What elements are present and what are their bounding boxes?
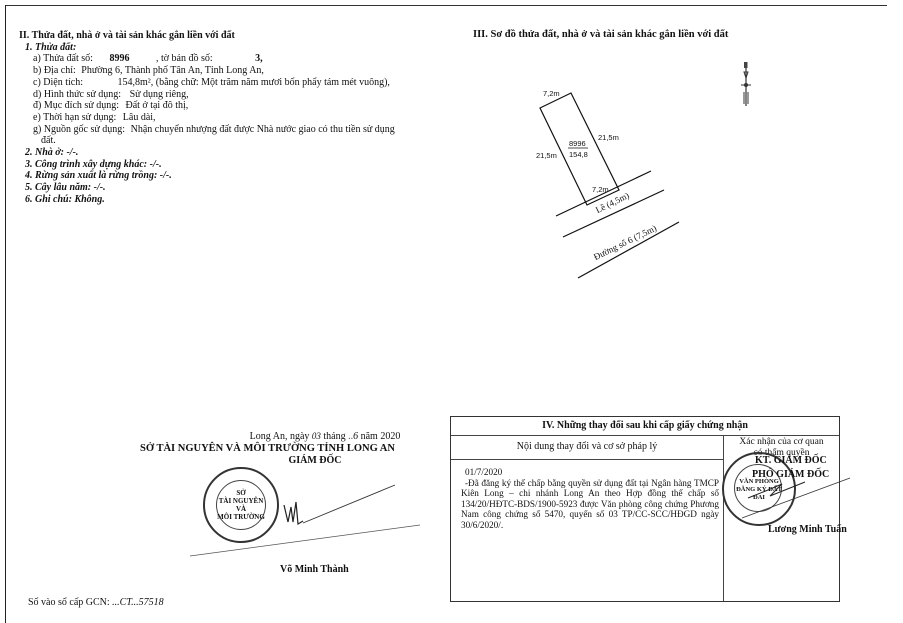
confirm-signer-name: Lương Minh Tuấn: [768, 524, 847, 535]
